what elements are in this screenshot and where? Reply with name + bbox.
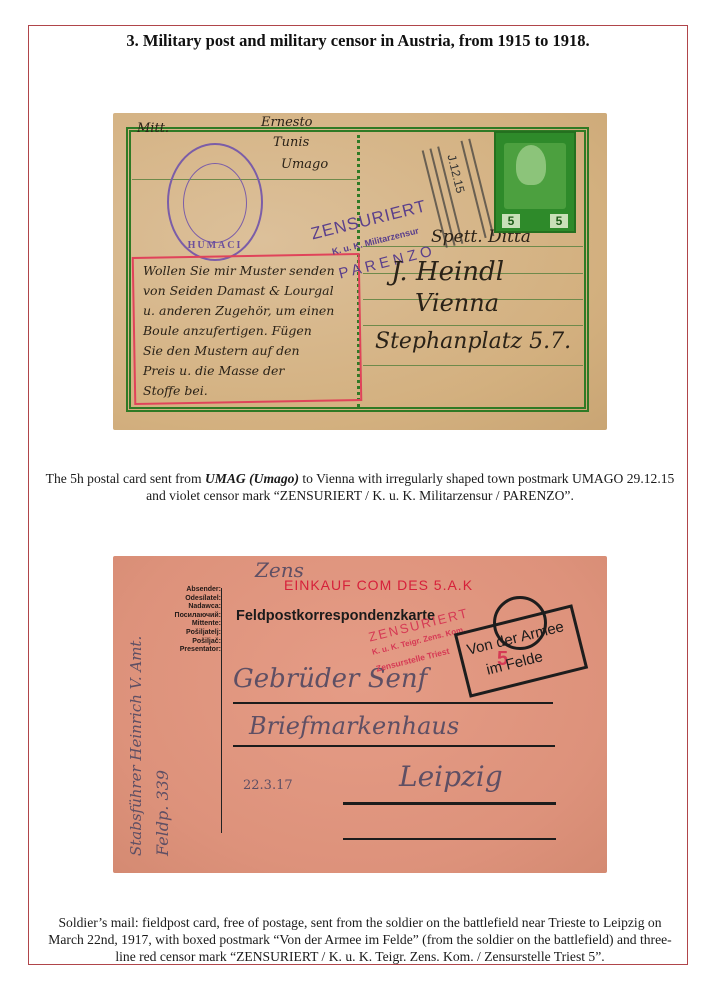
caption-card2: Soldier’s mail: fieldpost card, free of …	[40, 914, 680, 965]
sender-surname: Tunis	[273, 135, 309, 150]
boxed-postmark: Von der Armee im Felde	[454, 604, 588, 698]
caption-text: The 5h postal card sent from	[46, 471, 205, 486]
sender-label: Посилаючий:	[137, 612, 221, 621]
boxmark-line-1: Von der Armee	[465, 618, 565, 659]
message-line: von Seiden Damast & Lourgal	[143, 283, 334, 298]
address-line-3: Vienna	[415, 289, 499, 317]
emperor-portrait-icon	[516, 145, 546, 185]
message-line: Sie den Mustern auf den	[143, 343, 300, 358]
parish-seal: HUMACI	[167, 143, 263, 261]
address-line-2: Briefmarkenhaus	[249, 712, 459, 740]
message-line: Stoffe bei.	[143, 383, 208, 398]
boxmark-line-2: im Felde	[485, 648, 545, 678]
sender-labels: Absender:Odesílatel:Nadawca:Посилаючий:M…	[137, 586, 221, 655]
sender-label: Absender:	[137, 586, 221, 595]
address-line-4: Stephanplatz 5.7.	[375, 329, 571, 354]
sender-vertical-line-1: Stabsführer Heinrich V. Amt.	[127, 636, 145, 856]
unit-stamp: EINKAUF COM DES 5.A.K	[284, 577, 473, 593]
address-line-3: Leipzig	[399, 760, 503, 793]
message-line: Preis u. die Masse der	[143, 363, 284, 378]
message-line: Wollen Sie mir Muster senden	[143, 263, 335, 278]
address-line	[233, 745, 555, 747]
seal-town: HUMACI	[169, 240, 261, 251]
address-line	[363, 325, 583, 326]
sender-label: Mittente:	[137, 620, 221, 629]
sender-vertical-line-2: Feldp. 339	[153, 770, 172, 856]
address-line	[233, 702, 553, 704]
message-line: Boule anzufertigen. Fügen	[143, 323, 312, 338]
imprinted-stamp: 5 5	[494, 131, 576, 233]
stamp-value-left: 5	[502, 214, 520, 228]
sender-name: Ernesto	[261, 115, 313, 130]
sender-label: Presentator:	[137, 646, 221, 655]
stamp-value-right: 5	[550, 214, 568, 228]
date-note: 22.3.17	[243, 778, 293, 793]
postal-card-umag: HUMACI Mitt. Ernesto Tunis Umago Wollen …	[113, 113, 607, 430]
address-line	[343, 802, 556, 805]
address-line-2: J. Heindl	[391, 257, 504, 287]
sender-label: Nadawca:	[137, 603, 221, 612]
seal-inner-oval	[183, 163, 247, 243]
address-line	[363, 365, 583, 366]
sender-label: Pošiljatelj:	[137, 629, 221, 638]
caption-emphasis: UMAG (Umago)	[205, 471, 299, 486]
address-line	[343, 838, 556, 840]
card-divider	[221, 588, 222, 833]
sender-label: Pošiljač:	[137, 638, 221, 647]
page-title: 3. Military post and military censor in …	[28, 31, 688, 51]
caption-card1: The 5h postal card sent from UMAG (Umago…	[40, 470, 680, 504]
sender-prefix: Mitt.	[137, 121, 169, 136]
sender-town: Umago	[281, 157, 328, 172]
message-line: u. anderen Zugehör, um einen	[143, 303, 334, 318]
fieldpost-card: Absender:Odesílatel:Nadawca:Посилаючий:M…	[113, 556, 607, 873]
sender-label: Odesílatel:	[137, 595, 221, 604]
